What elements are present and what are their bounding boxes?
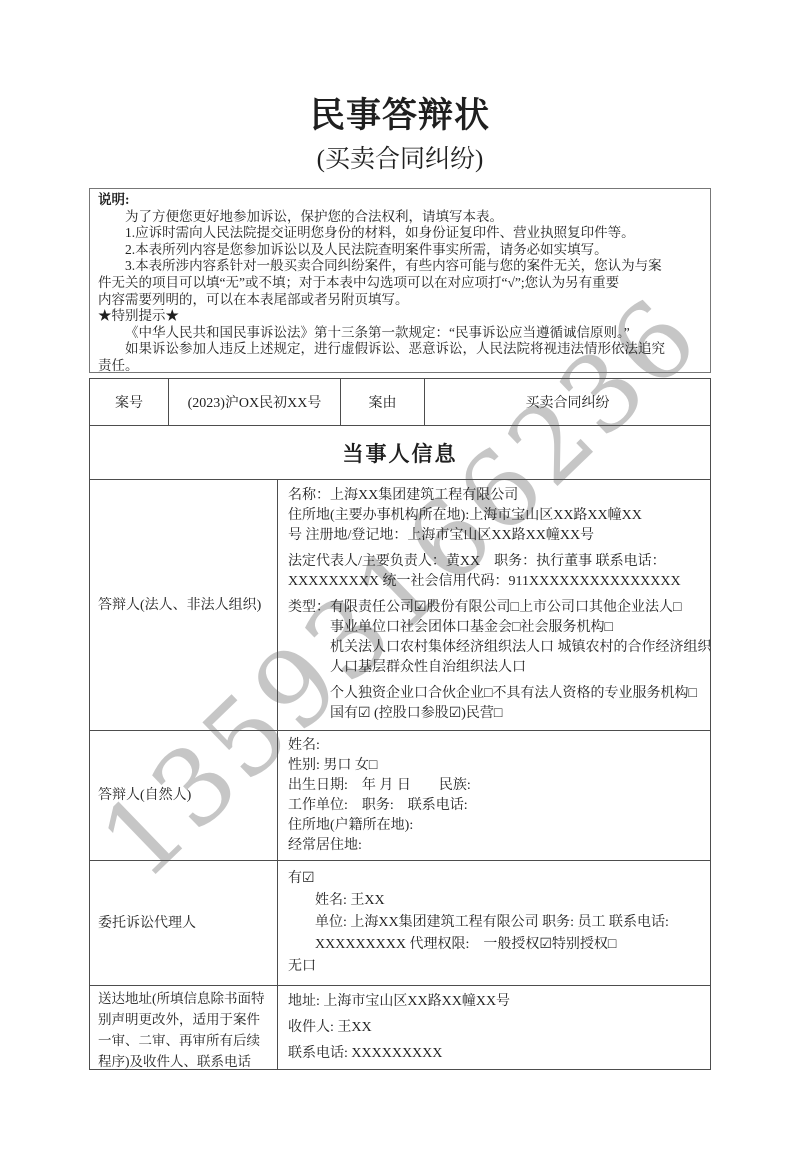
org-type-line: 事业单位口社会团体口基金会□社会服务机构□ <box>288 618 700 638</box>
page-subtitle: (买卖合同纠纷) <box>89 143 711 176</box>
notice-box: 说明: 为了方便您更好地参加诉讼，保护您的合法权利，请填写本表。 1.应诉时需向… <box>89 188 711 373</box>
notice-line: 如果诉讼参加人违反上述规定，进行虚假诉讼、恶意诉讼，人民法院将视违法情形依法追究 <box>98 341 702 358</box>
agent-none-line: 无口 <box>288 956 700 978</box>
delivery-address-line: 地址: 上海市宝山区XX路XX幢XX号 <box>288 989 700 1015</box>
notice-line: 为了方便您更好地参加诉讼，保护您的合法权利，请填写本表。 <box>98 209 702 226</box>
agent-has-line: 有☑ <box>288 868 700 890</box>
person-birth-line: 出生日期: 年 月 日 民族: <box>288 776 700 796</box>
org-type-line: 机关法人口农村集体经济组织法人口 城镇农村的合作经济组织法 <box>288 638 700 658</box>
party-info-table: 案号 (2023)沪OX民初XX号 案由 买卖合同纠纷 当事人信息 答辩人(法人… <box>89 378 711 1070</box>
agent-name-line: 姓名: 王XX <box>288 890 700 912</box>
person-name-line: 姓名: <box>288 736 700 756</box>
notice-line: 件无关的项目可以填“无”或不填；对于本表中勾选项可以在对应项打“√”;您认为另有… <box>98 275 702 292</box>
page-title: 民事答辩状 <box>89 0 711 138</box>
agent-label: 委托诉讼代理人 <box>90 861 277 985</box>
person-gender-line: 性别: 男口 女□ <box>288 756 700 776</box>
person-address-line: 住所地(户籍所在地): <box>288 816 700 836</box>
delivery-recipient-line: 收件人: 王XX <box>288 1015 700 1041</box>
org-address-line: 号 注册地/登记地：上海市宝山区XX路XX幢XX号 <box>288 526 700 546</box>
respondent-person-label: 答辩人(自然人) <box>90 731 277 860</box>
org-representative-line: 法定代表人/主要负责人：黄XX 职务：执行董事 联系电话： <box>288 552 700 572</box>
cause-label: 案由 <box>340 379 424 425</box>
document-content: 民事答辩状 (买卖合同纠纷) 说明: 为了方便您更好地参加诉讼，保护您的合法权利… <box>0 0 800 1070</box>
org-credit-code-line: XXXXXXXXX 统一社会信用代码：911XXXXXXXXXXXXXXX <box>288 572 700 592</box>
delivery-address-row: 送达地址(所填信息除书面特别声明更改外，适用于案件一审、二审、再审所有后续程序)… <box>90 985 710 1069</box>
org-type-line: 类型：有限责任公司☑股份有限公司□上市公司口其他企业法人□ <box>288 598 700 618</box>
document-page: 13593166236 民事答辩状 (买卖合同纠纷) 说明: 为了方便您更好地参… <box>0 0 800 1157</box>
case-number-label: 案号 <box>90 379 168 425</box>
delivery-address-label: 送达地址(所填信息除书面特别声明更改外，适用于案件一审、二审、再审所有后续程序)… <box>90 986 277 1069</box>
case-number-value: (2023)沪OX民初XX号 <box>168 379 340 425</box>
agent-unit-line: 单位: 上海XX集团建筑工程有限公司 职务: 员工 联系电话: <box>288 912 700 934</box>
org-type-line: 国有☑ (控股口参股☑)民营□ <box>288 704 700 724</box>
org-address-line: 住所地(主要办事机构所在地):上海市宝山区XX路XX幢XX <box>288 506 700 526</box>
section-header-row: 当事人信息 <box>90 425 710 479</box>
notice-line: 2.本表所列内容是您参加诉讼以及人民法院查明案件事实所需，请务必如实填写。 <box>98 242 702 259</box>
respondent-person-row: 答辩人(自然人) 姓名: 性别: 男口 女□ 出生日期: 年 月 日 民族: 工… <box>90 730 710 860</box>
agent-row: 委托诉讼代理人 有☑ 姓名: 王XX 单位: 上海XX集团建筑工程有限公司 职务… <box>90 860 710 985</box>
delivery-phone-line: 联系电话: XXXXXXXXX <box>288 1041 700 1067</box>
notice-line: 内容需要列明的，可以在本表尾部或者另附页填写。 <box>98 292 702 309</box>
special-note-heading: ★特别提示★ <box>98 308 702 325</box>
notice-line: 3.本表所涉内容系针对一般买卖合同纠纷案件，有些内容可能与您的案件无关，您认为与… <box>98 258 702 275</box>
respondent-org-label: 答辩人(法人、非法人组织) <box>90 480 277 730</box>
org-type-line: 个人独资企业口合伙企业□不具有法人资格的专业服务机构□ <box>288 684 700 704</box>
notice-line: 《中华人民共和国民事诉讼法》第十三条第一款规定：“民事诉讼应当遵循诚信原则。” <box>98 325 702 342</box>
respondent-person-details: 姓名: 性别: 男口 女□ 出生日期: 年 月 日 民族: 工作单位: 职务: … <box>277 731 710 860</box>
org-type-line: 人口基层群众性自治组织法人口 <box>288 658 700 678</box>
agent-authority-line: XXXXXXXXX 代理权限: 一般授权☑特别授权□ <box>288 934 700 956</box>
person-residence-line: 经常居住地: <box>288 836 700 856</box>
delivery-address-details: 地址: 上海市宝山区XX路XX幢XX号 收件人: 王XX 联系电话: XXXXX… <box>277 986 710 1069</box>
org-name-line: 名称：上海XX集团建筑工程有限公司 <box>288 486 700 506</box>
respondent-org-row: 答辩人(法人、非法人组织) 名称：上海XX集团建筑工程有限公司 住所地(主要办事… <box>90 479 710 730</box>
notice-line: 责任。 <box>98 358 702 373</box>
respondent-org-details: 名称：上海XX集团建筑工程有限公司 住所地(主要办事机构所在地):上海市宝山区X… <box>277 480 710 730</box>
notice-heading: 说明: <box>98 192 702 209</box>
notice-line: 1.应诉时需向人民法院提交证明您身份的材料，如身份证复印件、营业执照复印件等。 <box>98 225 702 242</box>
case-row: 案号 (2023)沪OX民初XX号 案由 买卖合同纠纷 <box>90 379 710 425</box>
party-info-header: 当事人信息 <box>90 426 710 479</box>
person-work-line: 工作单位: 职务: 联系电话: <box>288 796 700 816</box>
agent-details: 有☑ 姓名: 王XX 单位: 上海XX集团建筑工程有限公司 职务: 员工 联系电… <box>277 861 710 985</box>
cause-value: 买卖合同纠纷 <box>424 379 710 425</box>
